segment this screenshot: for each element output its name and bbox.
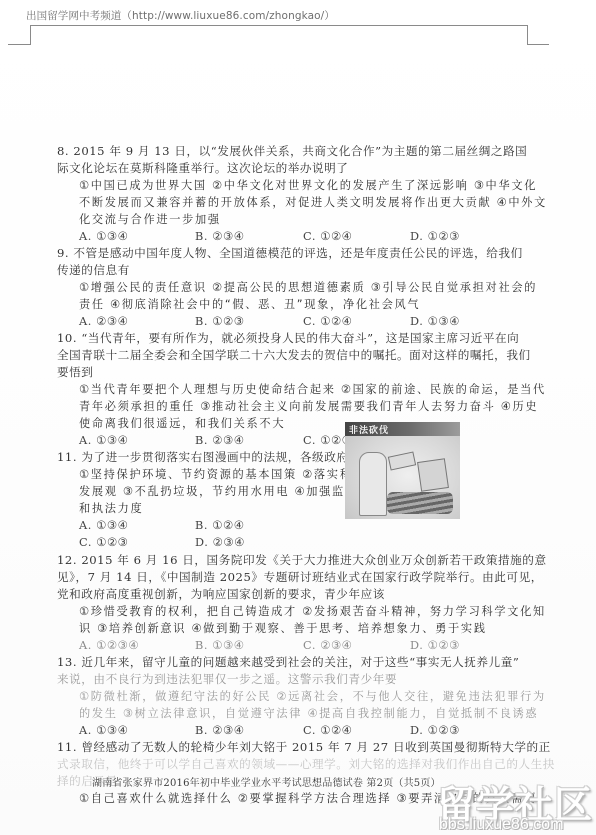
statement-line: 责任 ④彻底消除社会中的“假、恶、丑”现象，净化社会风气 bbox=[79, 296, 420, 313]
option-a: A. ①③④ bbox=[79, 722, 128, 739]
frame-right-edge bbox=[527, 25, 528, 45]
option-b: B. ②③④ bbox=[195, 722, 244, 739]
cartoon-bottle-figure bbox=[359, 452, 387, 516]
statement-line: 识 ③培养创新意识 ④做到勤于观察、善于思考、培养想象力、勇于实践 bbox=[79, 620, 487, 637]
question-stem: 12. 2015 年 6 月 16 日，国务院印发《关于大力推进大众创业万众创新… bbox=[57, 552, 547, 569]
question-stem: 全国青联十二届全委会和全国学联二十六大发去的贺信中的嘱托。面对这样的嘱托，我们 bbox=[57, 347, 531, 364]
statement-line: 不断发展而又兼容并蓄的开放体系，对促进人类文明发展将作出更大贡献 ④中外文 bbox=[79, 194, 547, 211]
option-d: D. ②③④ bbox=[195, 534, 245, 551]
statement-line: 使命离我们很遥远，和我们关系不大 bbox=[79, 415, 285, 432]
frame-left-edge bbox=[30, 25, 31, 45]
option-b: B. ②③④ bbox=[195, 228, 244, 245]
cartoon-sign bbox=[417, 458, 449, 492]
question-stem: 见》，7 月 14 日，《中国制造 2025》专题研讨班结业式在国家行政学院举行… bbox=[57, 569, 543, 586]
watermark-logo: 留学社区 bbs.liuxue86.com bbox=[437, 778, 596, 835]
statement-line: ①中国已成为世界大国 ②中华文化对世界文化的发展产生了深远影响 ③中华文化 bbox=[79, 177, 537, 194]
option-d: D. ①②③ bbox=[410, 722, 460, 739]
question-stem: 8. 2015 年 9 月 13 日，以“发展伙伴关系，共商文化合作”为主题的第… bbox=[57, 143, 527, 160]
question-stem: 9. 不管是感动中国年度人物、全国道德模范的评选，还是年度责任公民的评选，给我们 bbox=[57, 245, 523, 262]
statement-line: ①防微杜渐，做遵纪守法的好公民 ②远离社会，不与他人交往，避免违法犯罪行为 bbox=[79, 688, 546, 705]
cartoon-sign bbox=[388, 451, 416, 470]
option-c: C. ①②④ bbox=[303, 313, 352, 330]
statement-line: 发展观 ③不乱扔垃圾，节约用水用电 ④加强监督 bbox=[79, 483, 358, 500]
question-stem: 式录取信，他终于可以学自己喜欢的领域——心理学。刘大铭的选择对我们作出自己的人生… bbox=[57, 756, 555, 773]
question-stem: 党和政府高度重视创新，为响应国家创新的要求，青少年应该 bbox=[57, 586, 385, 603]
watermark-url: bbs.liuxue86.com bbox=[439, 816, 564, 834]
option-a: A. ①③④ bbox=[79, 228, 128, 245]
statement-line: 的发生 ③树立法律意识，自觉遵守法律 ④提高自我控制能力，自觉抵制不良诱惑 bbox=[79, 705, 538, 722]
option-c: C. ①②③ bbox=[79, 534, 128, 551]
option-d: D. ①②③ bbox=[410, 637, 460, 654]
option-b: B. ①③④ bbox=[195, 637, 244, 654]
frame-left-tab bbox=[8, 44, 30, 45]
statement-line: 化交流与合作进一步加强 bbox=[79, 211, 221, 228]
statement-line: ①珍惜受教育的权利，把自己铸造成才 ②发扬艰苦奋斗精神，努力学习科学文化知 bbox=[79, 603, 546, 620]
option-c: C. ①②④ bbox=[303, 228, 352, 245]
page-footer: 湖南省张家界市2016年初中毕业学业水平考试思想品德试卷 第2页（共5页） bbox=[92, 774, 441, 789]
question-stem: 11. 曾经感动了无数人的轮椅少年刘大铭于 2015 年 7 月 27 日收到英… bbox=[57, 739, 551, 756]
option-b: B. ②③④ bbox=[195, 432, 244, 449]
question-stem: 来说，由不良行为到违法犯罪仅一步之遥。这警示我们青少年要 bbox=[57, 671, 397, 688]
question-stem: 传递的信息有 bbox=[57, 262, 130, 279]
question-stem: 10. “当代青年，要有所作为，就必须投身人民的伟大奋斗”，这是国家主席习近平在… bbox=[57, 330, 519, 347]
frame-top-edge bbox=[30, 25, 528, 26]
site-header-link-text: 出国留学网中考频道（http://www.liuxue86.com/zhongk… bbox=[26, 8, 335, 23]
cartoon-banner-text: 非法砍伐 bbox=[349, 423, 389, 436]
statement-line: ①当代青年要把个人理想与历史使命结合起来 ②国家的前途、民族的命运，是当代 bbox=[79, 381, 546, 398]
frame-right-tab bbox=[527, 44, 549, 45]
question-stem: 13. 近几年来，留守儿童的问题越来越受到社会的关注，对于这些“事实无人抚养儿童… bbox=[57, 654, 519, 671]
question-stem: 要悟到 bbox=[57, 364, 93, 381]
cartoon-illustration: 非法砍伐 bbox=[345, 422, 460, 519]
option-a: A. ①③④ bbox=[79, 517, 128, 534]
option-d: D. ①②③ bbox=[410, 228, 460, 245]
statement-line: ①坚持保护环境、节约资源的基本国策 ②落实科学 bbox=[79, 466, 365, 483]
option-b: B. ①②③ bbox=[195, 313, 244, 330]
option-a: A. ②③④ bbox=[79, 313, 128, 330]
option-c: C. ②③④ bbox=[303, 637, 352, 654]
statement-line: 和执法力度 bbox=[79, 500, 143, 517]
option-a: A. ①③④ bbox=[79, 432, 128, 449]
question-stem: 际文化论坛在莫斯科隆重举行。这次论坛的举办说明了 bbox=[57, 160, 348, 177]
option-a: A. ①②③④ bbox=[79, 637, 139, 654]
question-stem: 11. 为了进一步贯彻落实右图漫画中的法规，各级政府应该 bbox=[57, 449, 373, 466]
statement-line: 青年必须承担的重任 ③推动社会主义向前发展需要我们青年人去努力奋斗 ④历史 bbox=[79, 398, 538, 415]
statement-line: ①增强公民的责任意识 ②提高公民的思想道德素质 ③引导公民自觉承担对社会的 bbox=[79, 279, 537, 296]
option-b: B. ①②④ bbox=[195, 517, 244, 534]
option-d: D. ①③④ bbox=[410, 313, 460, 330]
option-c: C. ①②④ bbox=[303, 722, 352, 739]
cartoon-log-pile bbox=[387, 492, 453, 514]
